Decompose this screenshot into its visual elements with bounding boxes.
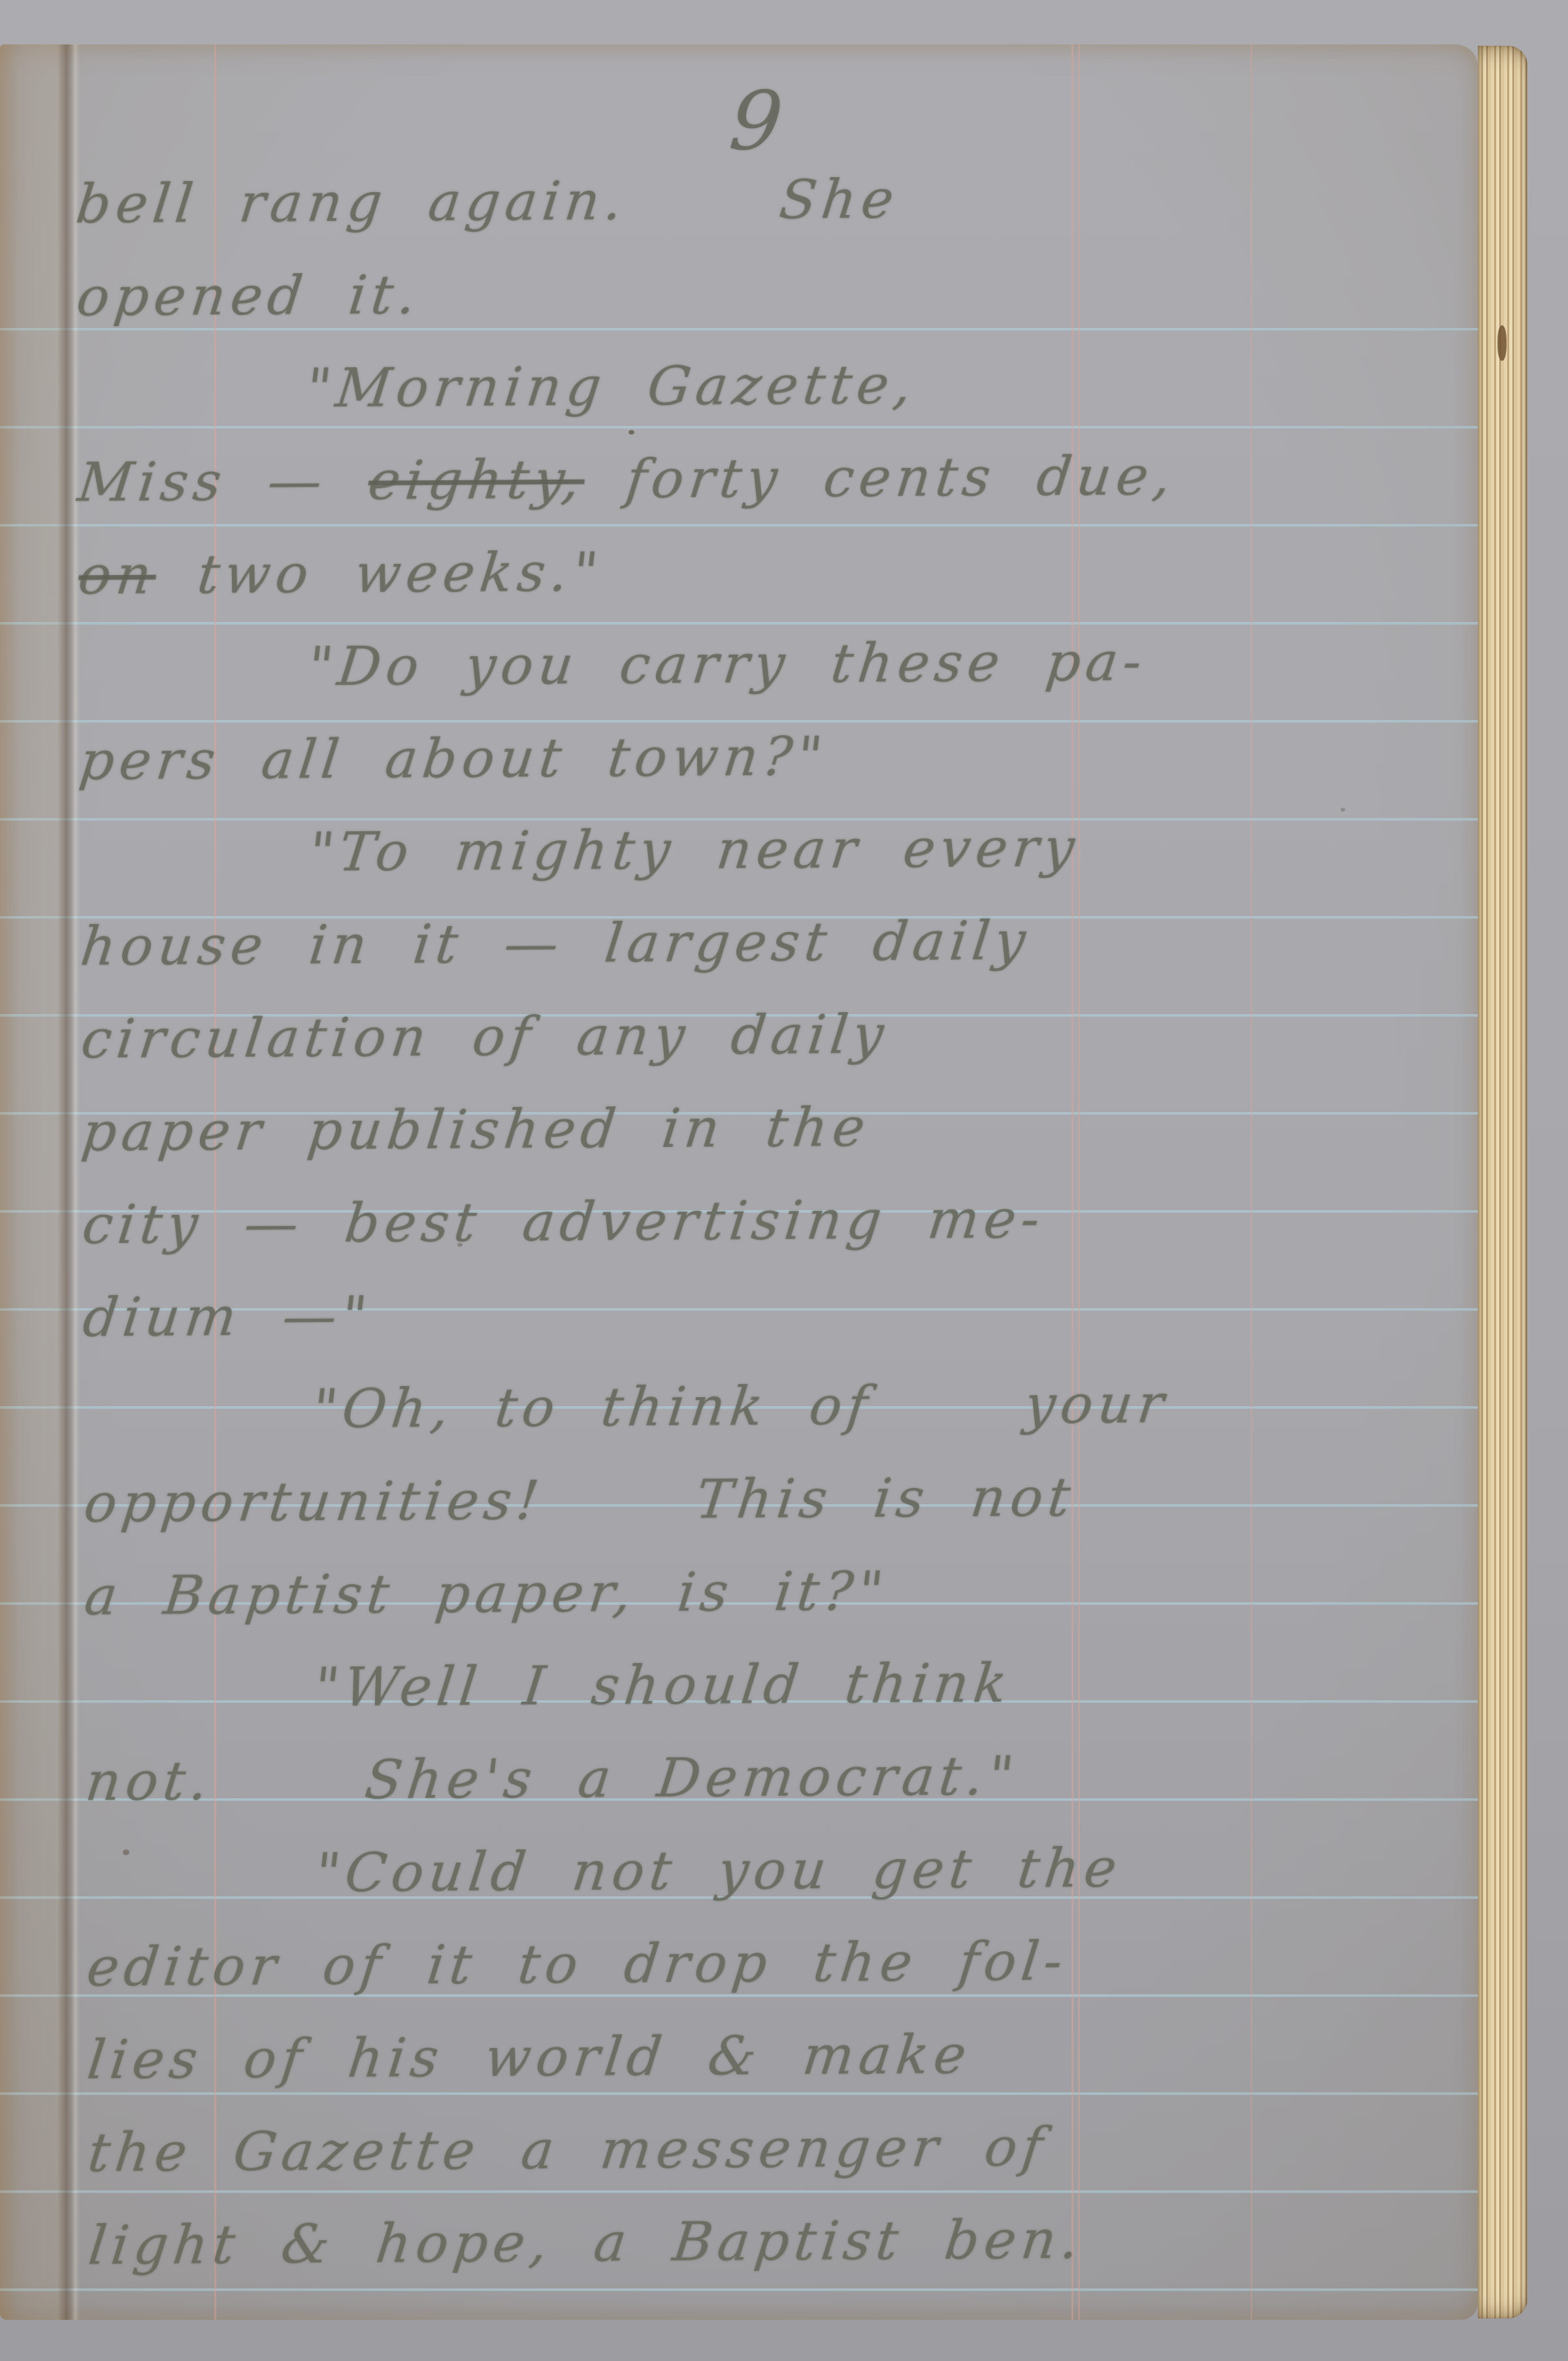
- handwriting-segment: "To mighty near every: [304, 802, 1085, 899]
- page-edge-blemish: [1497, 325, 1507, 361]
- handwriting-segment: She: [774, 154, 904, 247]
- manuscript-line: "Morning Gazette,: [301, 336, 1456, 436]
- handwriting-segment: "Do you carry these pa-: [302, 616, 1152, 714]
- manuscript-line: dium —": [78, 1263, 1461, 1364]
- handwriting-segment: circulation of any daily: [76, 989, 894, 1087]
- handwriting-segment: your: [1020, 1358, 1174, 1451]
- handwriting-segment: "Could not you get the: [310, 1823, 1127, 1921]
- manuscript-line: editor of it to drop the fol-: [82, 1913, 1465, 2014]
- struck-out-word: on: [73, 529, 161, 623]
- handwriting-segment: not.: [81, 1735, 218, 1828]
- handwriting-segment: Miss —: [73, 435, 333, 529]
- handwriting-segment: bell rang again.: [71, 155, 632, 251]
- handwriting-segment: "Morning Gazette,: [301, 338, 922, 435]
- handwriting-segment: This is not: [691, 1451, 1081, 1547]
- manuscript-line: the Gazette a messenger of: [83, 2098, 1466, 2200]
- manuscript-line: "Could not you get the: [310, 1820, 1465, 1920]
- manuscript-line: Miss — eighty, forty cents due,: [73, 429, 1456, 530]
- manuscript-line: lies of his world & make: [82, 2006, 1465, 2107]
- manuscript-line: "Oh, to think of your: [307, 1356, 1462, 1456]
- handwriting-segment: "Well I should think: [309, 1638, 1017, 1735]
- handwriting-segment: opened it.: [72, 249, 426, 344]
- handwriting-segment: city — best advertising me-: [77, 1173, 1049, 1272]
- manuscript-line: "Do you carry these pa-: [302, 614, 1457, 714]
- page-stack-edges: [1478, 46, 1527, 2319]
- handwriting-segment: a Baptist paper, is it?": [80, 1545, 893, 1643]
- paper-speck: [629, 430, 634, 435]
- manuscript-line: circulation of any daily: [76, 985, 1460, 1086]
- handwriting-segment: pers all about town?": [74, 710, 832, 808]
- manuscript-text: bell rang again. She opened it. "Morning…: [71, 150, 1456, 2293]
- handwriting-segment: paper published in the: [77, 1081, 875, 1179]
- manuscript-line: "To mighty near every: [304, 799, 1458, 899]
- struck-out-word: eighty,: [363, 434, 590, 528]
- handwriting-segment: light & hope, a Baptist ben.: [84, 2194, 1088, 2292]
- manuscript-line: paper published in the: [77, 1078, 1460, 1179]
- manuscript-line: not. She's a Democrat.": [81, 1727, 1464, 1828]
- handwriting-segment: editor of it to drop the fol-: [82, 1915, 1072, 2014]
- handwriting-segment: forty cents due,: [621, 430, 1181, 526]
- handwriting-segment: She's a Democrat.": [360, 1730, 1024, 1827]
- manuscript-line: a Baptist paper, is it?": [80, 1542, 1463, 1643]
- handwriting-segment: opportunities!: [79, 1455, 549, 1550]
- handwriting-segment: the Gazette a messenger of: [83, 2101, 1053, 2200]
- notebook-page: 9 bell rang again. She opened it. "Morni…: [0, 44, 1478, 2320]
- manuscript-line: opportunities! This is not: [79, 1449, 1462, 1550]
- handwriting-segment: "Oh, to think of: [307, 1360, 877, 1456]
- handwriting-segment: two weeks.": [193, 526, 608, 621]
- handwriting-segment: house in it — largest daily: [76, 895, 1036, 993]
- screenshot-root: { "page": { "number": "9" }, "manuscript…: [0, 0, 1568, 2361]
- handwriting-segment: lies of his world & make: [82, 2009, 976, 2107]
- manuscript-line: house in it — largest daily: [76, 892, 1459, 993]
- paper-speck: [457, 1243, 463, 1247]
- manuscript-line: pers all about town?": [74, 706, 1458, 808]
- manuscript-line: on two weeks.": [73, 521, 1456, 622]
- manuscript-line: bell rang again. She: [71, 150, 1454, 252]
- paper-speck: [123, 1849, 129, 1855]
- paper-speck: [1341, 808, 1345, 812]
- manuscript-line: light & hope, a Baptist ben.: [84, 2191, 1467, 2292]
- adjacent-page-sliver: [0, 44, 63, 2320]
- manuscript-line: city — best advertising me-: [77, 1170, 1460, 1272]
- manuscript-line: opened it.: [72, 243, 1455, 344]
- manuscript-line: "Well I should think: [309, 1634, 1463, 1734]
- handwriting-segment: dium —": [78, 1270, 377, 1365]
- photo-backdrop: 9 bell rang again. She opened it. "Morni…: [0, 0, 1568, 2361]
